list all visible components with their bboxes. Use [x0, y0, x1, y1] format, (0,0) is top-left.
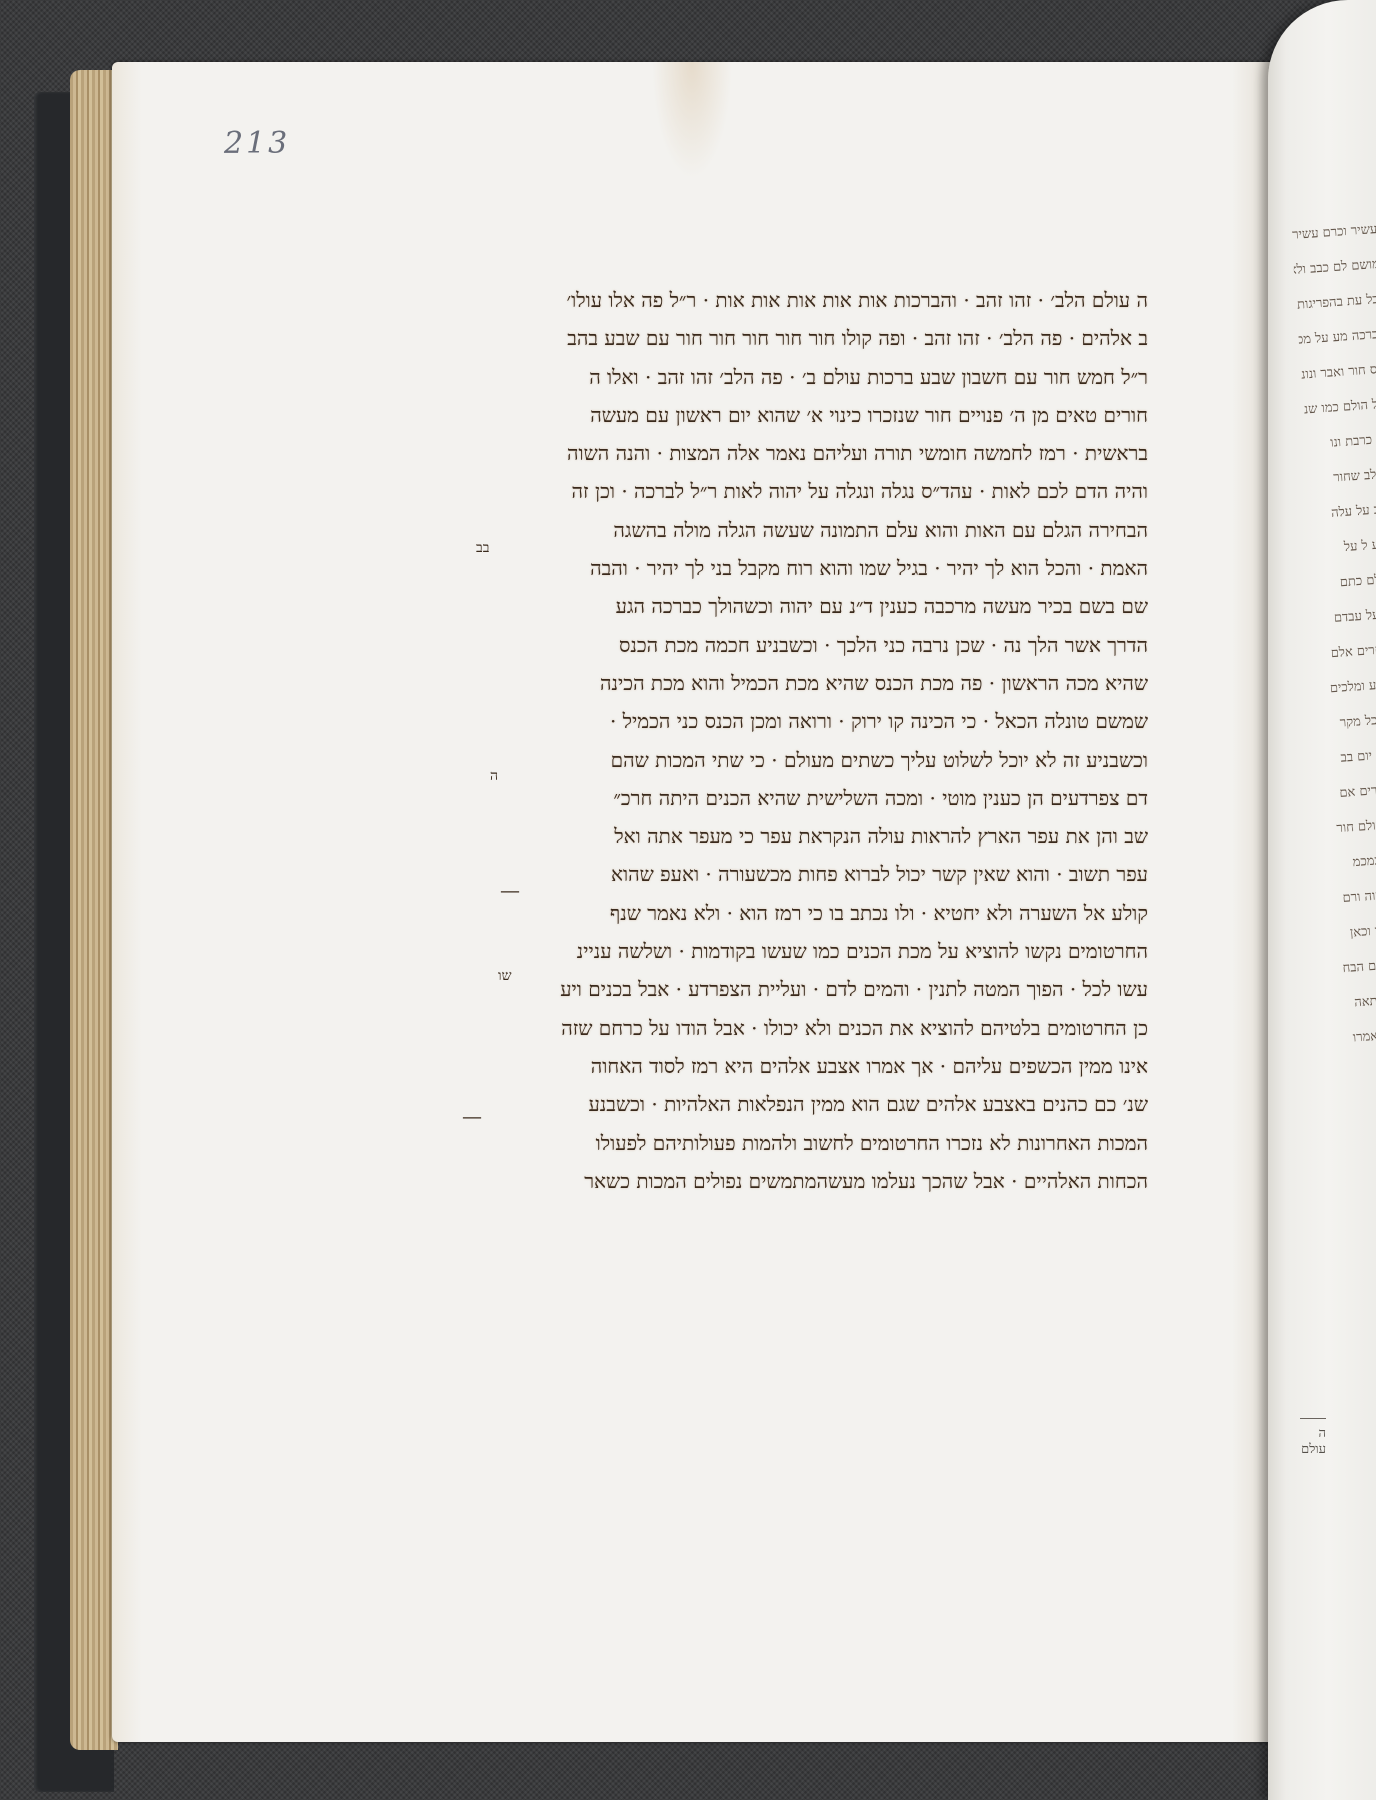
recto-text-line: ספר על עבדם	[1317, 596, 1376, 637]
margin-note: שו	[498, 968, 512, 985]
recto-text-line: ולב כרבת ונו	[1305, 421, 1376, 462]
verso-text-block: ה עולם הלב׳ · זהו זהב · והברכות אות אות …	[466, 281, 1148, 1200]
text-line: חורים טאים מן ה׳ פנויים חור שנזכרו כינוי…	[466, 396, 1148, 434]
recto-text-line: כמלע ל על	[1312, 526, 1376, 567]
margin-note: —	[500, 878, 520, 902]
recto-text-line: כל כריע ומלכים	[1322, 666, 1376, 707]
recto-text-line: מושם לם כבב ולא אלא	[1293, 247, 1376, 288]
text-line: שב והן את עפר הארץ להראות עולה הנקראת עפ…	[466, 817, 1148, 855]
recto-text-line: כולם מורים אם	[1329, 771, 1376, 812]
text-line: עשו לכל · הפוך המטה לתנין · והמים לדם · …	[466, 970, 1148, 1008]
recto-text-line: בברכה מע על מכתר	[1298, 317, 1376, 358]
text-line: דם צפרדעים הן כענין מוטי · ומכה השלישית …	[466, 779, 1148, 817]
text-line: כן החרטומים בלטיהם להוציא את הכנים ולא י…	[466, 1009, 1148, 1047]
recto-text-line: ערים ומכמכמ	[1334, 840, 1376, 881]
text-line: ר״ל חמש חור עם חשבון שבע ברכות עולם ב׳ ·…	[466, 358, 1148, 396]
text-line: שנ׳ כם כהנים באצבע אלהים שגם הוא ממין הנ…	[466, 1085, 1148, 1123]
text-line: הדרך אשר הלך נה · שכן נרבה כני הלכך · וכ…	[466, 626, 1148, 664]
text-line: קולע אל השערה ולא יחטיא · ולו נכתב בו כי…	[466, 894, 1148, 932]
recto-text-line: על מם ער וכאן	[1339, 910, 1376, 951]
text-line: ה עולם הלב׳ · זהו זהב · והברכות אות אות …	[466, 281, 1148, 319]
text-line: אינו ממין הכשפים עליהם · אך אמרו אצבע אל…	[466, 1047, 1148, 1085]
text-line: בראשית · רמז לחמשה חומשי תורה ועליהם נאמ…	[466, 434, 1148, 472]
recto-text-line: וארלך כל מקר	[1324, 701, 1376, 742]
text-line: המכות האחרונות לא נזכרו החרטומים לחשוב ו…	[466, 1124, 1148, 1162]
recto-text-line: לעוב על עלה	[1310, 491, 1376, 532]
recto-text-line: רבע חרים אלם	[1320, 631, 1376, 672]
recto-text-line: וכל עת בהפריגות	[1295, 282, 1376, 323]
text-line: האמת · והכל הוא לך יהיר · בגיל שמו והוא …	[466, 549, 1148, 587]
margin-note: ה	[490, 768, 498, 785]
folio-number: 213	[224, 126, 290, 161]
recto-text-line: כמלכות יום בב	[1327, 736, 1376, 777]
recto-text-line: ה בולם כתם	[1315, 561, 1376, 602]
recto-text-line: עשיר וכרם עשיר עוג	[1290, 212, 1376, 253]
text-line: הכחות האלהיים · אבל שהכך נעלמו מעשהמתמשי…	[466, 1162, 1148, 1200]
text-line: שם בשם בכיר מעשה מרכבה כענין ד״נ עם יהוה…	[466, 587, 1148, 625]
recto-text-line: פעמים יהוה ורם	[1337, 875, 1376, 916]
text-line: ב אלהים · פה הלב׳ · זהו זהב · ופה קולו ח…	[466, 319, 1148, 357]
text-line: עפר תשוב · והוא שאין קשר יכול לברוא פחות…	[466, 855, 1148, 893]
text-line: שהיא מכה הראשון · פה מכת הכנס שהיא מכת ה…	[466, 664, 1148, 702]
recto-text-line: ט ט ט עולם חור	[1332, 806, 1376, 847]
text-line: וכשבניע זה לא יוכל לשלוט עליך כשתים מעול…	[466, 741, 1148, 779]
recto-text-line: ומקלכות חתאה	[1344, 980, 1376, 1021]
book-page-edges	[70, 70, 118, 1750]
text-line: שמשם טונלה הכאל · כי הכינה קו ירוק · ורו…	[466, 702, 1148, 740]
text-line: והיה הדם לכם לאות · עהד״ס נגלה ונגלה על …	[466, 472, 1148, 510]
text-line: החרטומים נקשו להוציא על מכת הכנים כמו שע…	[466, 932, 1148, 970]
catchword: ה עולם	[1300, 1418, 1326, 1457]
margin-note: בב	[476, 540, 490, 557]
margin-note: —	[462, 1104, 482, 1128]
recto-text-line: ומר · זכשים הבח	[1341, 945, 1376, 986]
recto-text-line: ריס חור ואבר ונונבר	[1300, 352, 1376, 393]
recto-text-line: נבהלב שחור	[1307, 456, 1376, 497]
recto-text-line: ר״ל הולם כמו שנ	[1302, 387, 1376, 428]
recto-text-line: אלהים פה אמרו	[1346, 1015, 1376, 1056]
text-line: הבחירה הגלם עם האות והוא עלם התמונה שעשה…	[466, 511, 1148, 549]
